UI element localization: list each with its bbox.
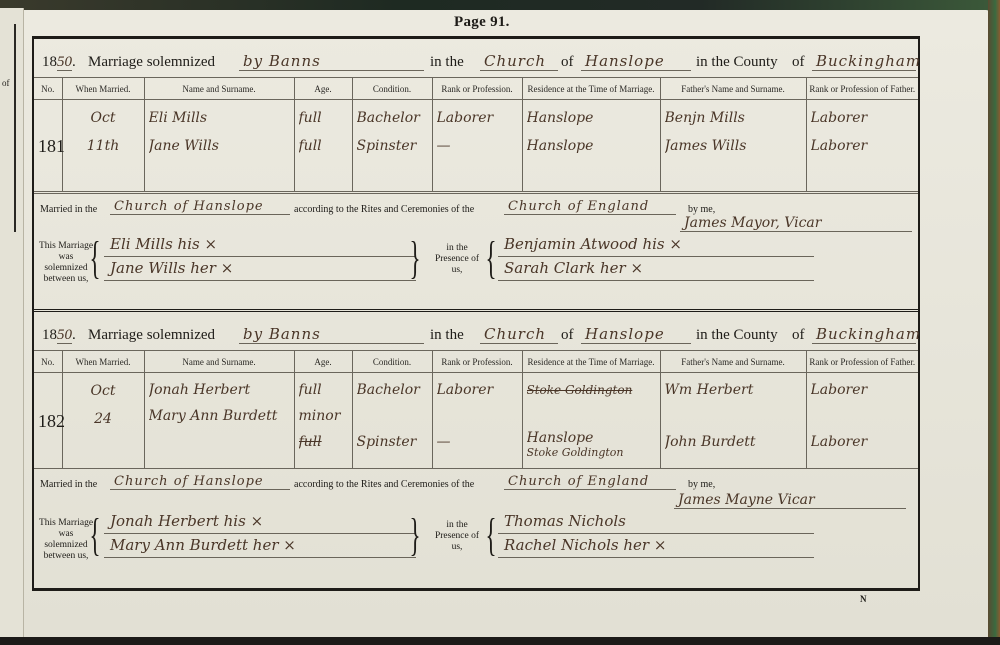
by-me-label: by me,: [688, 479, 715, 490]
entry-table: No. When Married. Name and Surname. Age.…: [34, 77, 918, 192]
date-day: 24: [67, 405, 140, 433]
father-rank-cell: Laborer Laborer: [806, 373, 918, 469]
table-header-row: No. When Married. Name and Surname. Age.…: [34, 351, 918, 373]
county-value: Buckingham: [812, 325, 916, 344]
year-prefix: 18: [42, 54, 57, 70]
signatures-block: This Marriage was solemnized between us,…: [34, 506, 918, 576]
bride-father-rank: Laborer: [811, 132, 915, 160]
groom-signature: Eli Mills his ×: [104, 235, 416, 257]
groom-signature: Jonah Herbert his ×: [104, 512, 416, 534]
father-rank-cell: Laborer Laborer: [806, 100, 918, 192]
bride-father-name: James Wills: [665, 132, 802, 160]
marriage-entry-182: 1850. Marriage solemnized by Banns in th…: [34, 309, 918, 591]
married-in-label: Married in the: [40, 479, 97, 490]
bride-father-rank: Laborer: [811, 429, 915, 455]
header-residence: Residence at the Time of Marriage.: [522, 78, 660, 100]
age-cell: full minor full: [294, 373, 352, 469]
book-cover-edge: [988, 0, 1000, 645]
bride-age: full: [299, 429, 348, 455]
bride-name: Mary Ann Burdett: [149, 403, 290, 429]
marriage-entry-181: 1850. Marriage solemnized by Banns in th…: [34, 39, 918, 309]
this-marriage-label: This Marriage was solemnized between us,: [36, 241, 96, 285]
bride-residence: Hanslope: [527, 132, 656, 160]
groom-residence: Hanslope: [527, 104, 656, 132]
groom-condition: Bachelor: [357, 377, 428, 403]
according-to-label: according to the Rites and Ceremonies of…: [294, 479, 474, 490]
bride-condition: Spinster: [357, 132, 428, 160]
table-row: 181 Oct 11th Eli Mills Jane Wills full f…: [34, 100, 918, 192]
previous-page-frame: [0, 24, 16, 232]
groom-residence: Stoke Goldington: [527, 377, 656, 403]
when-married-cell: Oct 24: [62, 373, 144, 469]
presence-label: in the Presence of us,: [432, 520, 482, 553]
groom-name: Eli Mills: [149, 104, 290, 132]
condition-cell: Bachelor Spinster: [352, 373, 432, 469]
bride-residence: Hanslope: [527, 429, 656, 447]
signatures-block: This Marriage was solemnized between us,…: [34, 229, 918, 299]
book-background-bottom: [0, 637, 1000, 645]
register-frame: 1850. Marriage solemnized by Banns in th…: [32, 36, 920, 591]
year-line: 1850.: [42, 327, 76, 344]
in-the-county-label: in the County: [696, 327, 778, 344]
previous-page-edge: of: [0, 8, 24, 640]
entry-heading: 1850. Marriage solemnized by Banns in th…: [34, 39, 918, 77]
header-when-married: When Married.: [62, 78, 144, 100]
header-rank: Rank or Profession.: [432, 78, 522, 100]
parish-value: Hanslope: [581, 52, 691, 71]
bride-age: full: [299, 132, 348, 160]
header-no: No.: [34, 78, 62, 100]
solemnized-by-value: by Banns: [239, 52, 424, 71]
according-to-label: according to the Rites and Ceremonies of…: [294, 204, 474, 215]
groom-condition: Bachelor: [357, 104, 428, 132]
rites-of-value: Church of England: [504, 474, 676, 490]
date-month: Oct: [67, 104, 140, 132]
entry-number: 181: [34, 100, 62, 192]
place-type-value: Church: [480, 325, 558, 344]
header-rank: Rank or Profession.: [432, 351, 522, 373]
rank-cell: Laborer —: [432, 100, 522, 192]
header-father-name: Father's Name and Surname.: [660, 78, 806, 100]
header-name: Name and Surname.: [144, 78, 294, 100]
left-brace-icon: {: [90, 235, 101, 281]
header-when-married: When Married.: [62, 351, 144, 373]
bride-age-struck: minor: [299, 403, 348, 429]
condition-cell: Bachelor Spinster: [352, 100, 432, 192]
place-type-value: Church: [480, 52, 558, 71]
groom-rank: Laborer: [437, 104, 518, 132]
bride-signature: Jane Wills her ×: [104, 259, 416, 281]
in-the-county-label: in the County: [696, 54, 778, 71]
county-of-label: of: [792, 327, 805, 344]
table-header-row: No. When Married. Name and Surname. Age.…: [34, 78, 918, 100]
header-father-rank: Rank or Profession of Father.: [806, 78, 918, 100]
rites-of-value: Church of England: [504, 199, 676, 215]
residence-cell: Stoke Goldington Hanslope Stoke Goldingt…: [522, 373, 660, 469]
when-married-cell: Oct 11th: [62, 100, 144, 192]
groom-name: Jonah Herbert: [149, 377, 290, 403]
witness-1-signature: Thomas Nichols: [498, 512, 814, 534]
county-value: Buckingham: [812, 52, 916, 71]
header-condition: Condition.: [352, 351, 432, 373]
header-no: No.: [34, 351, 62, 373]
page-number: Page 91.: [454, 14, 510, 31]
year-line: 1850.: [42, 54, 76, 71]
bride-father-name: John Burdett: [665, 429, 802, 455]
solemnized-by-value: by Banns: [239, 325, 424, 344]
age-cell: full full: [294, 100, 352, 192]
header-condition: Condition.: [352, 78, 432, 100]
parish-value: Hanslope: [581, 325, 691, 344]
right-brace-icon: }: [410, 512, 421, 558]
groom-father-rank: Laborer: [811, 377, 915, 403]
year-prefix: 18: [42, 327, 57, 343]
witness-brace-icon: {: [486, 235, 497, 281]
right-brace-icon: }: [410, 235, 421, 281]
witness-2-signature: Rachel Nichols her ×: [498, 536, 814, 558]
bride-rank: —: [437, 132, 518, 160]
in-the-label: in the: [430, 327, 464, 344]
header-father-rank: Rank or Profession of Father.: [806, 351, 918, 373]
bride-signature: Mary Ann Burdett her ×: [104, 536, 416, 558]
header-age: Age.: [294, 351, 352, 373]
groom-age: full: [299, 104, 348, 132]
marriage-solemnized-label: Marriage solemnized: [88, 327, 215, 344]
groom-rank: Laborer: [437, 377, 518, 403]
groom-father-name: Benjn Mills: [665, 104, 802, 132]
groom-age: full: [299, 377, 348, 403]
married-in-value: Church of Hanslope: [110, 199, 290, 215]
father-name-cell: Benjn Mills James Wills: [660, 100, 806, 192]
previous-page-text: of: [2, 78, 10, 88]
header-name: Name and Surname.: [144, 351, 294, 373]
printer-mark: N: [860, 594, 867, 604]
date-month: Oct: [67, 377, 140, 405]
groom-father-name: Wm Herbert: [665, 377, 802, 403]
married-in-value: Church of Hanslope: [110, 474, 290, 490]
marriage-solemnized-label: Marriage solemnized: [88, 54, 215, 71]
witness-1-signature: Benjamin Atwood his ×: [498, 235, 814, 257]
married-in-label: Married in the: [40, 204, 97, 215]
bride-residence-note: Stoke Goldington: [527, 447, 656, 459]
of-label: of: [561, 327, 574, 344]
bride-name: Jane Wills: [149, 132, 290, 160]
witness-brace-icon: {: [486, 512, 497, 558]
entry-heading: 1850. Marriage solemnized by Banns in th…: [34, 312, 918, 350]
groom-father-rank: Laborer: [811, 104, 915, 132]
residence-cell: Hanslope Hanslope: [522, 100, 660, 192]
entry-number: 182: [34, 373, 62, 469]
year-suffix: 50: [57, 54, 72, 71]
of-label: of: [561, 54, 574, 71]
names-cell: Jonah Herbert Mary Ann Burdett: [144, 373, 294, 469]
year-suffix: 50: [57, 327, 72, 344]
header-father-name: Father's Name and Surname.: [660, 351, 806, 373]
county-of-label: of: [792, 54, 805, 71]
date-day: 11th: [67, 132, 140, 160]
bride-rank: —: [437, 429, 518, 455]
father-name-cell: Wm Herbert John Burdett: [660, 373, 806, 469]
header-age: Age.: [294, 78, 352, 100]
this-marriage-label: This Marriage was solemnized between us,: [36, 518, 96, 562]
bride-condition: Spinster: [357, 429, 428, 455]
by-me-label: by me,: [688, 204, 715, 215]
presence-label: in the Presence of us,: [432, 243, 482, 276]
in-the-label: in the: [430, 54, 464, 71]
register-page: Page 91. 1850. Marriage solemnized by Ba…: [24, 10, 990, 638]
left-brace-icon: {: [90, 512, 101, 558]
entry-table: No. When Married. Name and Surname. Age.…: [34, 350, 918, 469]
header-residence: Residence at the Time of Marriage.: [522, 351, 660, 373]
table-row: 182 Oct 24 Jonah Herbert Mary Ann Burdet…: [34, 373, 918, 469]
rank-cell: Laborer —: [432, 373, 522, 469]
names-cell: Eli Mills Jane Wills: [144, 100, 294, 192]
witness-2-signature: Sarah Clark her ×: [498, 259, 814, 281]
